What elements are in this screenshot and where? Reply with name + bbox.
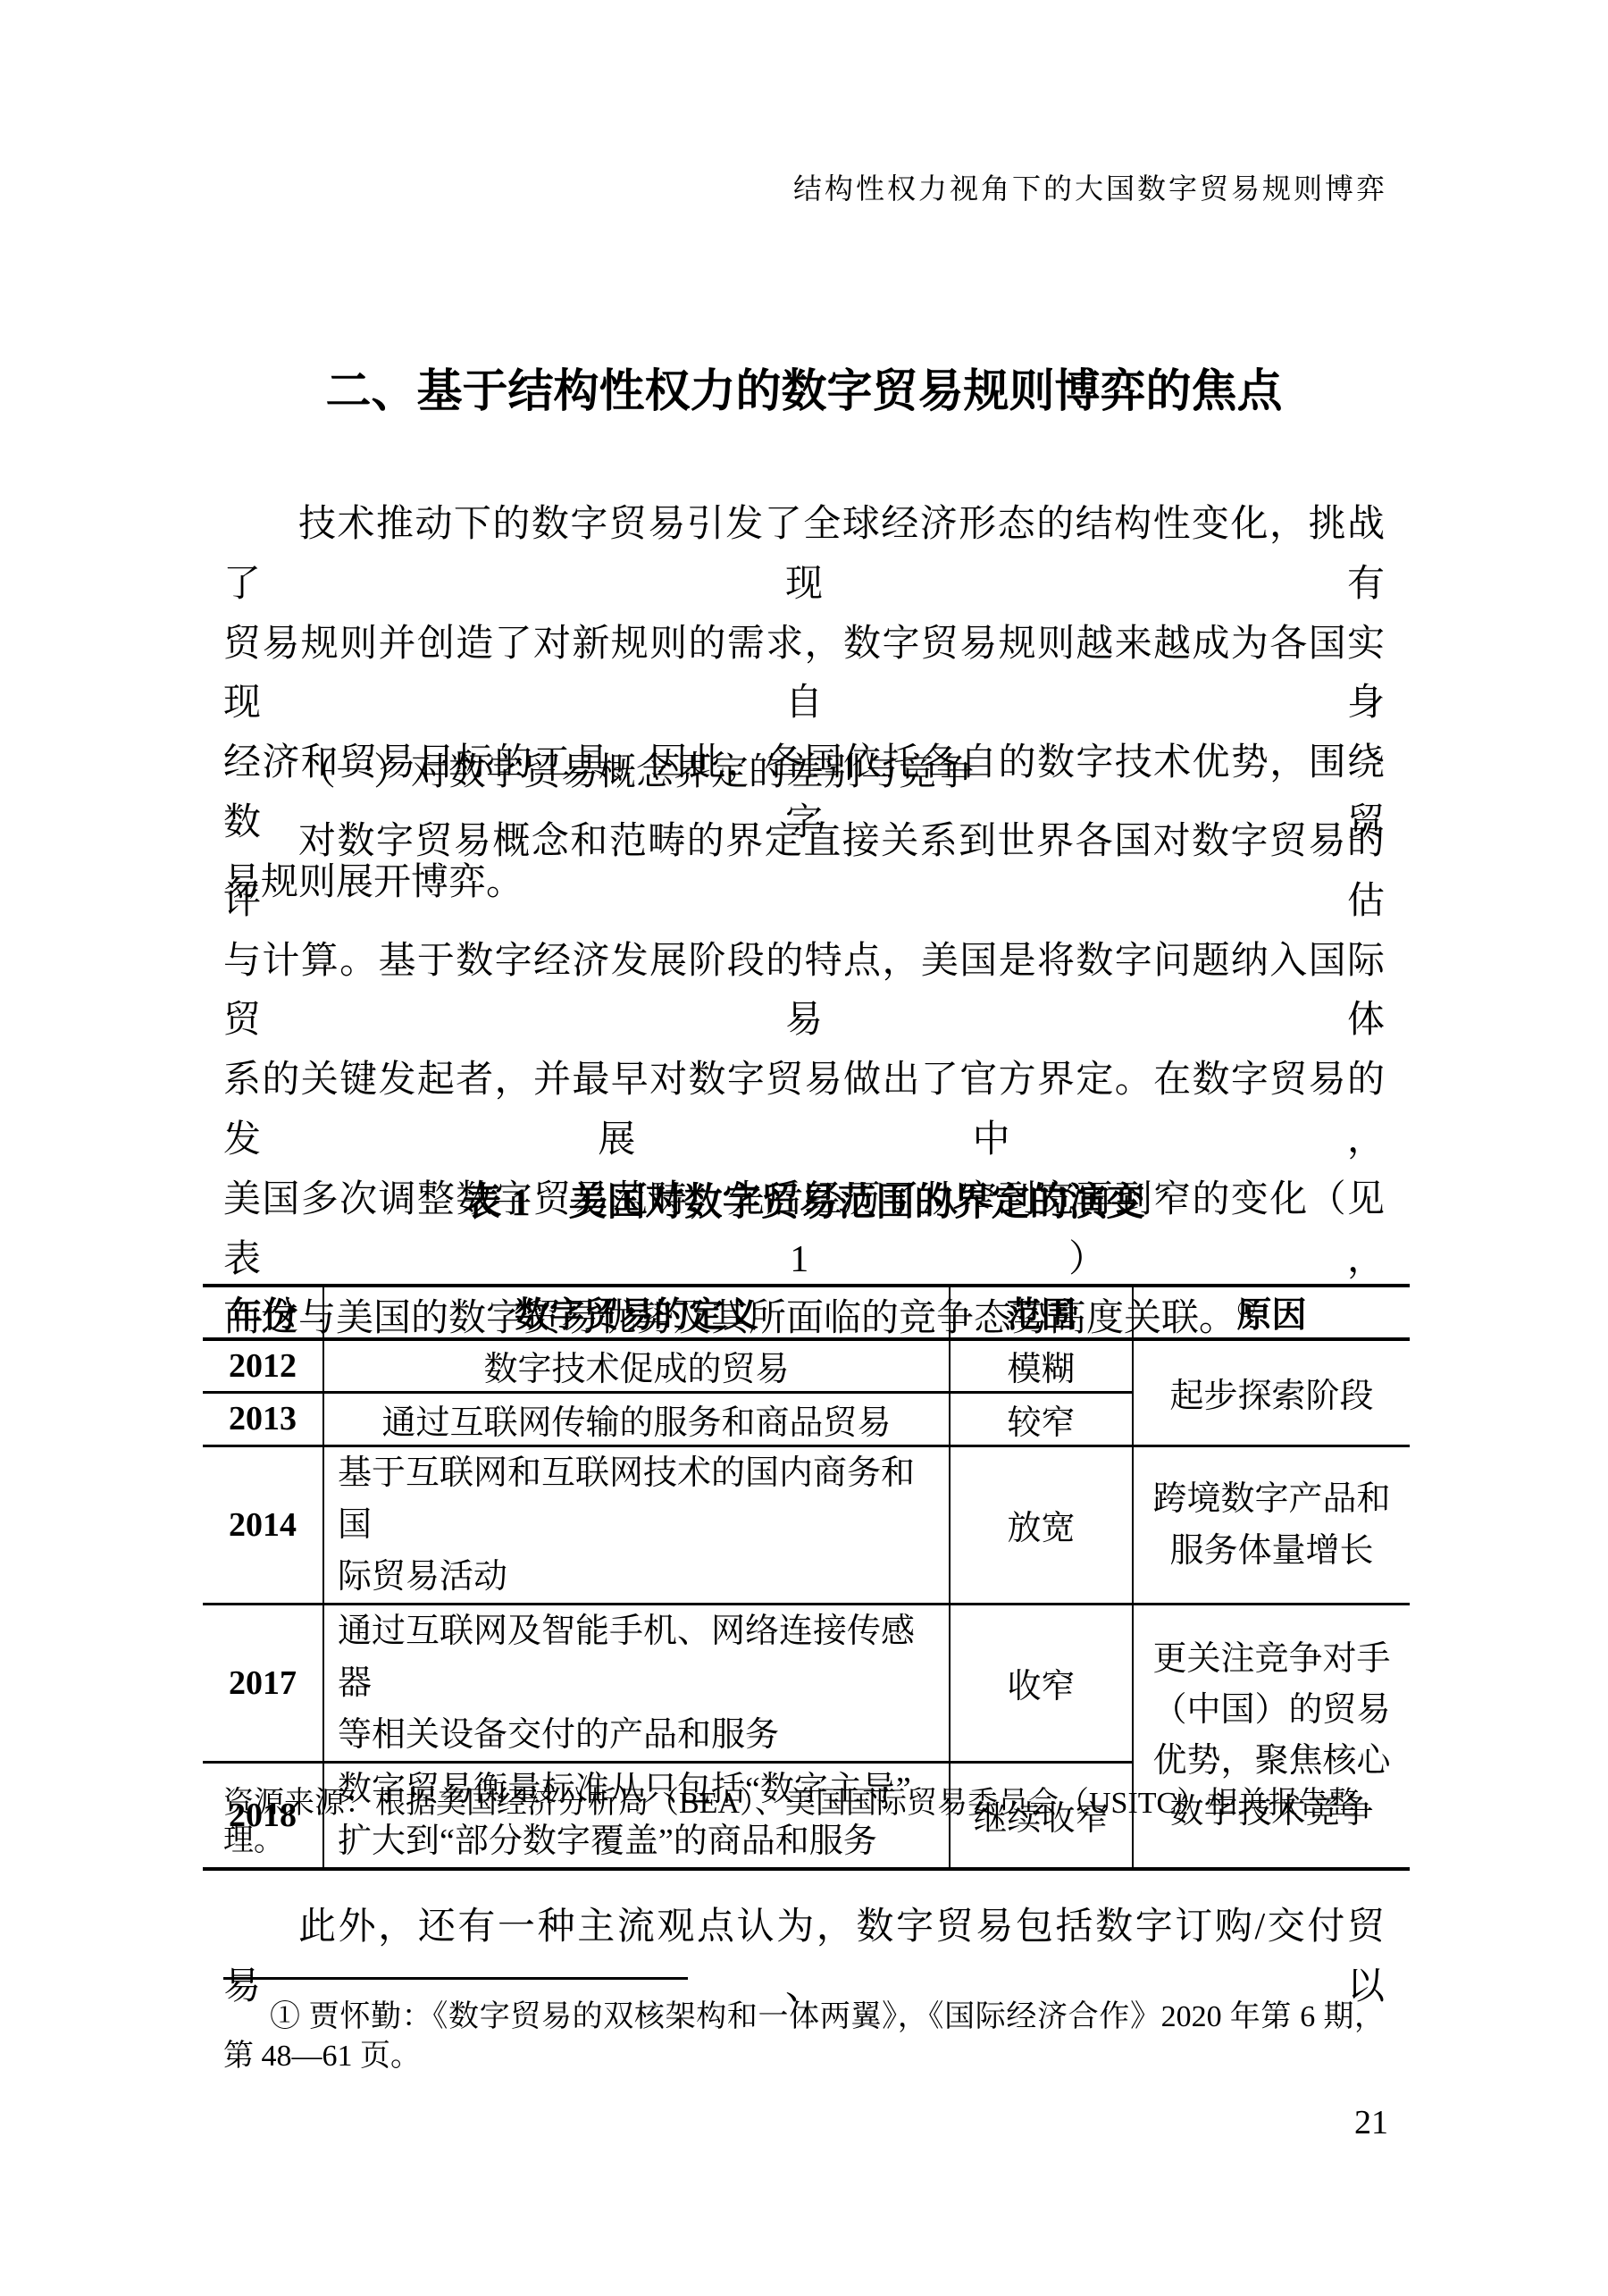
footnote-divider — [223, 1977, 688, 1980]
cell-reason-merged: 起步探索阶段 — [1133, 1339, 1410, 1445]
footnote-line: ① 贾怀勤：《数字贸易的双核架构和一体两翼》，《国际经济合作》2020 年第 6… — [223, 1998, 1385, 2037]
cell-year: 2014 — [203, 1445, 323, 1604]
paragraph-line: 技术推动下的数字贸易引发了全球经济形态的结构性变化，挑战了现有 — [223, 495, 1385, 615]
document-page: 结构性权力视角下的大国数字贸易规则博弈 二、基于结构性权力的数字贸易规则博弈的焦… — [0, 0, 1608, 2296]
cell-scope: 模糊 — [950, 1339, 1133, 1392]
paragraph-2: 对数字贸易概念和范畴的界定直接关系到世界各国对数字贸易的评估 与计算。基于数字经… — [223, 812, 1385, 1349]
cell-definition: 基于互联网和互联网技术的国内商务和国 际贸易活动 — [323, 1445, 950, 1604]
cell-year: 2017 — [203, 1604, 323, 1762]
cell-scope: 放宽 — [950, 1445, 1133, 1604]
subsection-heading: （一）对数字贸易概念界定的差别与竞争 — [223, 743, 1385, 803]
running-header: 结构性权力视角下的大国数字贸易规则博弈 — [793, 166, 1387, 207]
page-number: 21 — [1336, 2103, 1407, 2142]
header-scope: 范围 — [950, 1286, 1133, 1339]
cell-definition: 通过互联网传输的服务和商品贸易 — [323, 1392, 950, 1445]
cell-scope: 较窄 — [950, 1392, 1133, 1445]
paragraph-line: 对数字贸易概念和范畴的界定直接关系到世界各国对数字贸易的评估 — [223, 812, 1385, 932]
cell-year: 2013 — [203, 1392, 323, 1445]
paragraph-line: 系的关键发起者，并最早对数字贸易做出了官方界定。在数字贸易的发展中， — [223, 1051, 1385, 1170]
paragraph-line: 贸易规则并创造了对新规则的需求，数字贸易规则越来越成为各国实现自身 — [223, 615, 1385, 734]
table-row: 2012 数字技术促成的贸易 模糊 起步探索阶段 — [203, 1339, 1410, 1392]
definition-evolution-table: 年份 数字贸易的定义 范围 原因 2012 数字技术促成的贸易 模糊 起步探索阶… — [203, 1284, 1410, 1871]
cell-definition: 通过互联网及智能手机、网络连接传感器 等相关设备交付的产品和服务 — [323, 1604, 950, 1762]
header-year: 年份 — [203, 1286, 323, 1339]
table-source-note: 资源来源：根据美国经济分析局（BEA）、美国国际贸易委员会（USITC）相关报告… — [223, 1785, 1385, 1860]
cell-reason: 跨境数字产品和 服务体量增长 — [1133, 1445, 1410, 1604]
cell-scope: 收窄 — [950, 1604, 1133, 1762]
header-definition: 数字贸易的定义 — [323, 1286, 950, 1339]
subsection-heading-text: （一）对数字贸易概念界定的差别与竞争 — [223, 743, 1385, 803]
footnote-line: 第 48—61 页。 — [223, 2037, 1385, 2076]
header-reason: 原因 — [1133, 1286, 1410, 1339]
paragraph-line: 与计算。基于数字经济发展阶段的特点，美国是将数字问题纳入国际贸易体 — [223, 932, 1385, 1052]
section-title: 二、基于结构性权力的数字贸易规则博弈的焦点 — [0, 354, 1608, 420]
table-row: 2017 通过互联网及智能手机、网络连接传感器 等相关设备交付的产品和服务 收窄… — [203, 1604, 1410, 1762]
table-header-row: 年份 数字贸易的定义 范围 原因 — [203, 1286, 1410, 1339]
cell-year: 2012 — [203, 1339, 323, 1392]
footnote: ① 贾怀勤：《数字贸易的双核架构和一体两翼》，《国际经济合作》2020 年第 6… — [223, 1998, 1385, 2076]
table-row: 2014 基于互联网和互联网技术的国内商务和国 际贸易活动 放宽 跨境数字产品和… — [203, 1445, 1410, 1604]
cell-definition: 数字技术促成的贸易 — [323, 1339, 950, 1392]
table-title: 表 1 美国对数字贸易范围的界定的演变 — [0, 1172, 1608, 1227]
